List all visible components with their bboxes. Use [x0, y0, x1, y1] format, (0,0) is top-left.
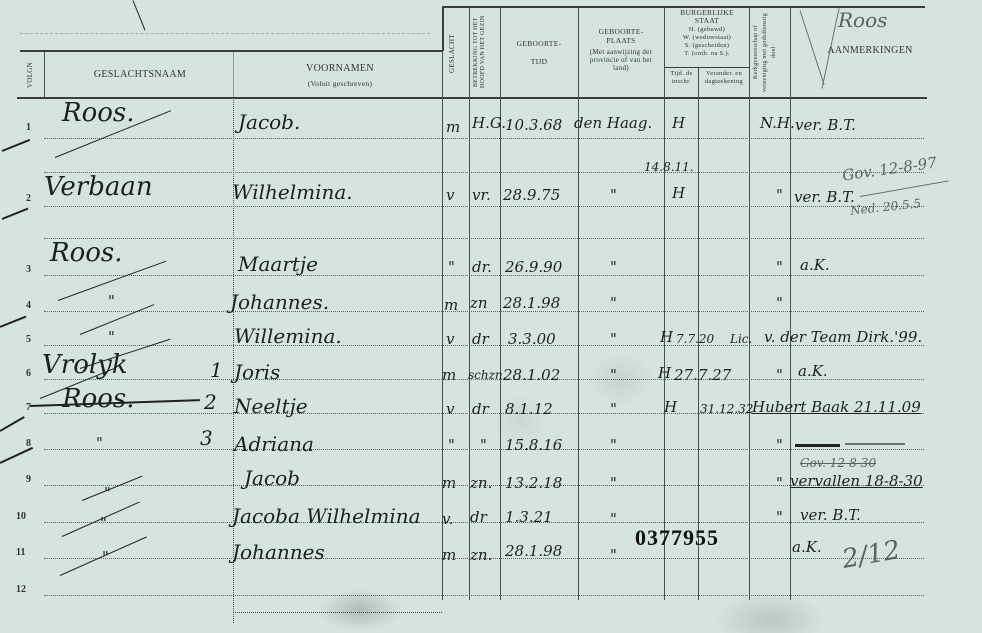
row1-surname: Roos. — [62, 98, 135, 128]
row-number: 7 — [26, 402, 31, 413]
row1-sex: m — [446, 118, 460, 136]
row7-order: 2 — [204, 390, 217, 414]
row5-sex: v — [446, 330, 454, 348]
row9-birth-date: 13.2.18 — [505, 474, 562, 492]
margin-tick — [0, 316, 26, 328]
row11-birth-place: " — [610, 546, 617, 564]
row6-civil-date: 27.7.27 — [674, 366, 731, 384]
row-number: 5 — [26, 334, 31, 345]
bs-sub-divider — [665, 67, 749, 68]
row7-sex: v — [446, 400, 454, 418]
row4-birth-place: " — [610, 294, 617, 312]
top-pen-stroke — [133, 0, 146, 30]
row6-surname: Vrolyk — [42, 350, 128, 380]
header-annotation-roos: Roos — [838, 8, 887, 32]
row7-relation: dr — [472, 400, 489, 418]
row5-remarks: v. der Team Dirk.'99. — [764, 328, 922, 346]
header-bs-verander: Verander. en dagteekening — [700, 70, 748, 86]
row2-birth-date: 28.9.75 — [503, 186, 560, 204]
family-card-sheet: VOLGN GESLACHTSNAAM VOORNAMEN (Voluit ge… — [0, 0, 982, 633]
header-bs-s: S. (gescheiden) — [665, 42, 749, 49]
header-volgn: VOLGN — [26, 56, 38, 94]
row4-given: Johannes. — [230, 290, 329, 314]
row-line-2 — [44, 206, 924, 207]
col-line-betrekking — [500, 8, 501, 600]
header-geboortetijd-2: TIJD — [502, 58, 576, 66]
row1-birth-place: den Haag. — [574, 114, 652, 132]
row-number: 11 — [16, 547, 25, 558]
row4-surname-strike — [80, 304, 155, 335]
row-line-1 — [44, 138, 924, 139]
page-mark: 2/12 — [840, 535, 903, 575]
stamp-number: 0377955 — [635, 525, 719, 551]
row2-remarks: ver. B.T. — [794, 188, 855, 206]
row2-church: " — [776, 186, 783, 204]
row9-birth-place: " — [610, 474, 617, 492]
row2-given: Wilhelmina. — [232, 180, 353, 204]
row11-birth-date: 28.1.98 — [505, 542, 562, 560]
row7-surname: Roos. — [62, 384, 135, 414]
header-burgerlijke-staat-2: STAAT — [665, 17, 749, 25]
row3-sex: " — [448, 258, 455, 276]
row3-birth-date: 26.9.90 — [505, 258, 562, 276]
header-geslacht: GESLACHT — [448, 14, 464, 94]
row9-surname: " — [104, 484, 111, 502]
row8-relation: " — [480, 436, 487, 454]
row1-relation: H.G. — [472, 114, 506, 132]
row7-civil-date: 31.12.32 — [700, 402, 753, 416]
row4-relation: zn — [470, 294, 488, 312]
row7-remarks: Hubert Baak 21.11.09 — [752, 398, 921, 416]
voornamen-box-bottom — [233, 612, 442, 613]
row3-relation: dr. — [472, 258, 492, 276]
row9-sex: m — [442, 474, 456, 492]
row5-given: Willemina. — [234, 324, 342, 348]
row1-remarks: ver. B.T. — [795, 116, 856, 134]
row6-remarks: a.K. — [798, 362, 828, 380]
margin-tick — [0, 416, 25, 432]
col-line-kerkgenootschap — [790, 8, 791, 600]
row6-given: Joris — [234, 360, 280, 384]
row10-relation: dr — [470, 508, 487, 526]
row-number: 12 — [16, 584, 26, 595]
row6-civil: H — [658, 364, 671, 382]
row9-remarks-struck: Gov. 12-8-30 — [800, 456, 876, 470]
row8-sex: " — [448, 436, 455, 454]
row11-surname: " — [102, 548, 109, 566]
row6-relation: schzn. — [468, 368, 506, 382]
row3-given: Maartje — [238, 252, 318, 276]
row6-birth-date: 28.1.02 — [503, 366, 560, 384]
row1-civil: H — [672, 114, 685, 132]
row2-remarks-underline — [860, 180, 949, 197]
row-number: 2 — [26, 193, 31, 204]
row10-birth-place: " — [610, 510, 617, 528]
row10-sex: v. — [442, 510, 453, 528]
row-line-2b — [44, 238, 924, 239]
header-geboortetijd-1: GEBOORTE- — [502, 40, 576, 48]
row2-sex: v — [446, 186, 454, 204]
row7-civil: H — [664, 398, 677, 416]
row2-birth-place: " — [610, 186, 617, 204]
row11-sex: m — [442, 546, 456, 564]
row2-surname: Verbaan — [44, 172, 153, 202]
margin-tick — [0, 447, 33, 464]
row-line-12 — [44, 595, 924, 596]
row11-relation: zn. — [470, 546, 492, 564]
row11-remarks: a.K. — [792, 538, 822, 556]
row4-surname: " — [108, 292, 115, 310]
row10-given: Jacoba Wilhelmina — [232, 504, 421, 528]
row4-birth-date: 28.1.98 — [503, 294, 560, 312]
row-number: 4 — [26, 300, 31, 311]
header-geslachtsnaam: GESLACHTSNAAM — [60, 69, 220, 80]
header-geboorteplaats-2: PLAATS — [580, 37, 662, 45]
col-line-bs-verander — [749, 8, 750, 600]
row8-birth-place: " — [610, 436, 617, 454]
row2-remarks-extra-1: Gov. 12-8-97 — [841, 153, 938, 184]
header-voornamen-sub: (Voluit geschreven) — [250, 80, 430, 88]
header-voornamen: VOORNAMEN — [250, 63, 430, 74]
col-line-geboortetijd — [578, 8, 579, 600]
row3-church: " — [776, 258, 783, 276]
row11-surname-strike — [60, 536, 147, 576]
row3-surname: Roos. — [50, 238, 123, 268]
row7-birth-place: " — [610, 400, 617, 418]
row1-birth-date: 10.3.68 — [505, 116, 562, 134]
row-line-1b — [44, 172, 924, 173]
header-bs-t: T. (ontb. na S.). — [665, 50, 749, 57]
row9-relation: zn. — [470, 474, 492, 492]
row5-church: Lic. — [730, 332, 752, 346]
row2-relation: vr. — [472, 186, 491, 204]
row10-birth-date: 1.3.21 — [505, 508, 553, 526]
row11-given: Johannes — [232, 540, 325, 564]
row9-given: Jacob — [244, 466, 300, 490]
row8-remarks-dash — [795, 444, 840, 447]
row5-birth-date: 3.3.00 — [508, 330, 556, 348]
row-number: 3 — [26, 264, 31, 275]
row5-birth-place: " — [610, 330, 617, 348]
row5-surname: " — [108, 328, 115, 346]
row8-order: 3 — [200, 426, 213, 450]
row8-surname: " — [96, 434, 103, 452]
row2-remarks-extra-2: Ned. 20.5.5 — [849, 196, 921, 217]
row7-given: Neeltje — [234, 394, 308, 418]
row6-sex: m — [442, 366, 456, 384]
row1-church: N.H. — [760, 114, 795, 132]
margin-tick — [2, 139, 31, 152]
header-geboorteplaats-sub: (Met aanwijzing der provincie of van het… — [582, 48, 660, 72]
row9-remarks: vervallen 18-8-30 — [790, 472, 923, 490]
header-bs-w: W. (weduwstaat) — [665, 34, 749, 41]
row9-church: " — [776, 474, 783, 492]
row5-relation: dr — [472, 330, 489, 348]
row2-civil-date: 14.8.11. — [644, 160, 694, 174]
row-number: 1 — [26, 122, 31, 133]
row6-church: " — [776, 366, 783, 384]
row9-surname-strike — [82, 476, 143, 501]
row5-civil: H — [660, 328, 673, 346]
header-aanmerkingen: AANMERKINGEN — [805, 45, 935, 56]
row4-church: " — [776, 294, 783, 312]
col-line-geslachtsnaam — [233, 52, 234, 97]
row10-remarks: ver. B.T. — [800, 506, 861, 524]
header-step-line — [442, 6, 444, 51]
margin-tick — [2, 208, 29, 220]
row8-given: Adriana — [234, 432, 314, 456]
row-number: 9 — [26, 474, 31, 485]
row8-church: " — [776, 436, 783, 454]
row5-civil-date: 7.7.20 — [676, 332, 714, 346]
header-bs-h: H. (gehuwd) — [665, 26, 749, 33]
header-kerkgenootschap: Kerkgenootschap of vereeniging met godsd… — [752, 10, 788, 94]
row2-civil: H — [672, 184, 685, 202]
row-number: 6 — [26, 368, 31, 379]
row-number: 10 — [16, 511, 26, 522]
row1-given: Jacob. — [238, 110, 300, 134]
row3-birth-place: " — [610, 258, 617, 276]
row10-church: " — [776, 508, 783, 526]
col-line-geboorteplaats — [664, 8, 665, 600]
header-geboorteplaats-1: GEBOORTE- — [580, 28, 662, 36]
header-betrekking: BETREKKING TOT HET HOOFD VAN HET GEZIN — [473, 10, 497, 94]
header-top-border-left — [20, 50, 443, 52]
row6-order: 1 — [210, 358, 223, 382]
row8-birth-date: 15.8.16 — [505, 436, 562, 454]
row7-birth-date: 8.1.12 — [505, 400, 553, 418]
row3-remarks: a.K. — [800, 256, 830, 274]
header-bs-tijd: Tijd. de inschr. — [666, 70, 697, 86]
row8-remarks-dash-2 — [845, 443, 905, 445]
row6-birth-place: " — [610, 366, 617, 384]
top-dotted-line — [20, 33, 430, 34]
col-line-volgn — [44, 52, 45, 97]
row4-sex: m — [444, 296, 458, 314]
